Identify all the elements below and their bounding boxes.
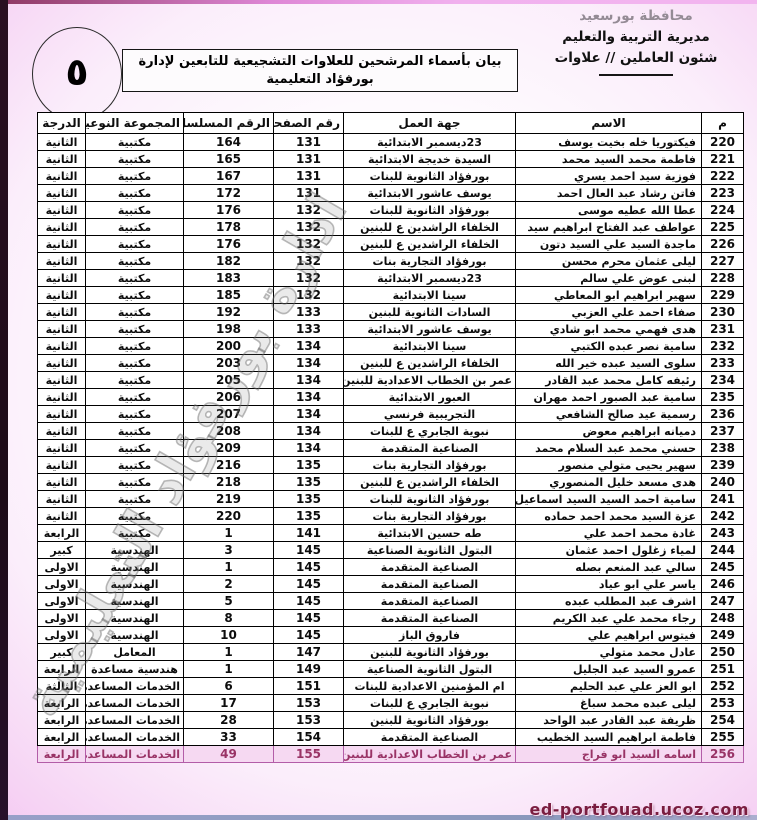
table-row: 244لمياء زغلول احمد عثمانالبتول الثانوية… bbox=[38, 542, 744, 559]
cell-group: مكتبية bbox=[86, 185, 184, 202]
cell-serial-number: 2 bbox=[184, 576, 274, 593]
cell-serial-number: 216 bbox=[184, 457, 274, 474]
cell-serial-number: 218 bbox=[184, 474, 274, 491]
cell-number: 246 bbox=[702, 576, 744, 593]
cell-group: الهندسية bbox=[86, 576, 184, 593]
cell-workplace: السادات الثانوية للبنين bbox=[344, 304, 516, 321]
table-row: 225عواطف عبد الفتاح ابراهيم سيدالخلفاء ا… bbox=[38, 219, 744, 236]
cell-number: 224 bbox=[702, 202, 744, 219]
cell-name: اسامه السيد ابو فراج bbox=[516, 746, 702, 763]
cell-workplace: الصناعية المتقدمة bbox=[344, 559, 516, 576]
cell-workplace: الصناعية المتقدمة bbox=[344, 576, 516, 593]
cell-group: الخدمات المساعدة bbox=[86, 712, 184, 729]
cell-group: الهندسية bbox=[86, 627, 184, 644]
cell-name: لمياء زغلول احمد عثمان bbox=[516, 542, 702, 559]
cell-group: المعامل bbox=[86, 644, 184, 661]
cell-serial-number: 185 bbox=[184, 287, 274, 304]
cell-name: سامية عبد الصبور احمد مهران bbox=[516, 389, 702, 406]
table-row: 236رسمية عيد صالح الشافعيالتجريبية فرنسي… bbox=[38, 406, 744, 423]
letterhead-directorate: مديرية التربية والتعليم bbox=[531, 27, 741, 48]
cell-number: 234 bbox=[702, 372, 744, 389]
cell-serial-number: 165 bbox=[184, 151, 274, 168]
cell-page-number: 145 bbox=[274, 610, 344, 627]
cell-group: مكتبية bbox=[86, 219, 184, 236]
table-row: 256اسامه السيد ابو فراجعمر بن الخطاب الا… bbox=[38, 746, 744, 763]
cell-page-number: 133 bbox=[274, 304, 344, 321]
cell-workplace: يوسف عاشور الابتدائية bbox=[344, 321, 516, 338]
cell-workplace: طه حسين الابتدائية bbox=[344, 525, 516, 542]
cell-name: حسني محمد عبد السلام محمد bbox=[516, 440, 702, 457]
table-row: 231هدى فهمي محمد ابو شادييوسف عاشور الاب… bbox=[38, 321, 744, 338]
cell-page-number: 135 bbox=[274, 457, 344, 474]
cell-workplace: عمر بن الخطاب الاعدادية للبنين bbox=[344, 746, 516, 763]
cell-group: مكتبية bbox=[86, 321, 184, 338]
cell-grade: الثانية bbox=[38, 457, 86, 474]
cell-grade: الثانية bbox=[38, 270, 86, 287]
cell-serial-number: 198 bbox=[184, 321, 274, 338]
cell-number: 252 bbox=[702, 678, 744, 695]
cell-workplace: سينا الابتدائية bbox=[344, 338, 516, 355]
cell-group: الخدمات المساعدة bbox=[86, 678, 184, 695]
cell-group: مكتبية bbox=[86, 287, 184, 304]
cell-workplace: بورفؤاد التجارية بنات bbox=[344, 457, 516, 474]
table-row: 250عادل محمد متوليبورفؤاد الثانوية للبني… bbox=[38, 644, 744, 661]
cell-page-number: 132 bbox=[274, 270, 344, 287]
cell-number: 247 bbox=[702, 593, 744, 610]
table-row: 222فوزية سيد احمد يسريبورفؤاد الثانوية ل… bbox=[38, 168, 744, 185]
cell-workplace: السيدة خديجة الابتدائية bbox=[344, 151, 516, 168]
cell-name: عادل محمد متولي bbox=[516, 644, 702, 661]
table-row: 248رجاء محمد علي عبد الكريمالصناعية المت… bbox=[38, 610, 744, 627]
table-row: 233سلوى السيد عبده خير اللهالخلفاء الراش… bbox=[38, 355, 744, 372]
cell-name: سالي عبد المنعم بصله bbox=[516, 559, 702, 576]
cell-group: الهندسية bbox=[86, 593, 184, 610]
cell-workplace: الخلفاء الراشدين ع للبنين bbox=[344, 355, 516, 372]
table-row: 239سهير يحيى متولي منصوربورفؤاد التجارية… bbox=[38, 457, 744, 474]
scan-edge-top bbox=[8, 0, 757, 4]
cell-number: 251 bbox=[702, 661, 744, 678]
page-number-text: ٥ bbox=[65, 50, 88, 94]
cell-grade: الاولى bbox=[38, 576, 86, 593]
cell-workplace: العبور الابتدائية bbox=[344, 389, 516, 406]
cell-grade: الثانية bbox=[38, 491, 86, 508]
cell-serial-number: 49 bbox=[184, 746, 274, 763]
cell-group: الهندسية bbox=[86, 559, 184, 576]
cell-workplace: الخلفاء الراشدين ع للبنين bbox=[344, 219, 516, 236]
cell-workplace: بورفؤاد الثانوية للبنات bbox=[344, 168, 516, 185]
table-row: 237دميانه ابراهيم معوضنبوية الجابري ع لل… bbox=[38, 423, 744, 440]
cell-group: هندسية مساعدة bbox=[86, 661, 184, 678]
cell-number: 230 bbox=[702, 304, 744, 321]
cell-group: مكتبية bbox=[86, 304, 184, 321]
cell-number: 239 bbox=[702, 457, 744, 474]
cell-name: هدى مسعد خليل المنصوري bbox=[516, 474, 702, 491]
document-title-text: بيان بأسماء المرشحين للعلاوات التشجيعية … bbox=[133, 53, 507, 88]
cell-serial-number: 17 bbox=[184, 695, 274, 712]
cell-workplace: بورفؤاد الثانوية للبنين bbox=[344, 712, 516, 729]
letterhead-governorate: محافظة بورسعيد bbox=[531, 6, 741, 27]
cell-number: 235 bbox=[702, 389, 744, 406]
table-row: 242عزة السيد محمد احمد حمادهبورفؤاد التج… bbox=[38, 508, 744, 525]
cell-workplace: التجريبية فرنسي bbox=[344, 406, 516, 423]
cell-number: 238 bbox=[702, 440, 744, 457]
table-row: 254ظريفة عبد القادر عبد الواحدبورفؤاد ال… bbox=[38, 712, 744, 729]
cell-grade: الثانية bbox=[38, 423, 86, 440]
cell-page-number: 131 bbox=[274, 151, 344, 168]
cell-group: مكتبية bbox=[86, 440, 184, 457]
cell-group: الخدمات المساعدة bbox=[86, 695, 184, 712]
column-header-m: م bbox=[702, 113, 744, 134]
cell-workplace: الخلفاء الراشدين ع للبنين bbox=[344, 474, 516, 491]
cell-grade: الرابعة bbox=[38, 525, 86, 542]
cell-page-number: 134 bbox=[274, 372, 344, 389]
cell-name: سامية نصر عبده الكتبي bbox=[516, 338, 702, 355]
cell-group: مكتبية bbox=[86, 406, 184, 423]
cell-name: سامية احمد السيد السيد اسماعيل bbox=[516, 491, 702, 508]
cell-group: مكتبية bbox=[86, 151, 184, 168]
cell-workplace: البتول الثانوية الصناعية bbox=[344, 542, 516, 559]
scan-edge-left bbox=[0, 0, 8, 820]
cell-grade: الاولى bbox=[38, 559, 86, 576]
cell-grade: الرابعة bbox=[38, 746, 86, 763]
cell-serial-number: 172 bbox=[184, 185, 274, 202]
table-row: 229سهير ابراهيم ابو المعاطيسينا الابتدائ… bbox=[38, 287, 744, 304]
cell-group: مكتبية bbox=[86, 372, 184, 389]
cell-name: فاتن رشاد عبد العال احمد bbox=[516, 185, 702, 202]
cell-group: الهندسية bbox=[86, 542, 184, 559]
cell-page-number: 141 bbox=[274, 525, 344, 542]
cell-serial-number: 209 bbox=[184, 440, 274, 457]
cell-grade: الاولى bbox=[38, 627, 86, 644]
cell-number: 250 bbox=[702, 644, 744, 661]
cell-number: 243 bbox=[702, 525, 744, 542]
cell-grade: الثانية bbox=[38, 440, 86, 457]
cell-page-number: 151 bbox=[274, 678, 344, 695]
cell-page-number: 132 bbox=[274, 236, 344, 253]
table-row: 235سامية عبد الصبور احمد مهرانالعبور الا… bbox=[38, 389, 744, 406]
cell-workplace: بورفؤاد الثانوية للبنين bbox=[344, 644, 516, 661]
cell-number: 223 bbox=[702, 185, 744, 202]
table-row: 227ليلى عثمان محرم محسنبورفؤاد التجارية … bbox=[38, 253, 744, 270]
cell-number: 236 bbox=[702, 406, 744, 423]
cell-page-number: 135 bbox=[274, 508, 344, 525]
table-row: 234رئيفه كامل محمد عبد القادرعمر بن الخط… bbox=[38, 372, 744, 389]
cell-group: مكتبية bbox=[86, 270, 184, 287]
cell-name: دميانه ابراهيم معوض bbox=[516, 423, 702, 440]
cell-group: مكتبية bbox=[86, 168, 184, 185]
page-number-badge: ٥ bbox=[32, 27, 122, 121]
table-row: 241سامية احمد السيد السيد اسماعيلبورفؤاد… bbox=[38, 491, 744, 508]
cell-name: ابو العز علي عبد الحليم bbox=[516, 678, 702, 695]
cell-workplace: نبوية الجابري ع للبنات bbox=[344, 423, 516, 440]
cell-serial-number: 5 bbox=[184, 593, 274, 610]
cell-group: مكتبية bbox=[86, 134, 184, 151]
cell-workplace: عمر بن الخطاب الاعدادية للبنين bbox=[344, 372, 516, 389]
cell-grade: الثانية bbox=[38, 134, 86, 151]
table-row: 238حسني محمد عبد السلام محمدالصناعية الم… bbox=[38, 440, 744, 457]
cell-group: مكتبية bbox=[86, 338, 184, 355]
cell-workplace: الخلفاء الراشدين ع للبنين bbox=[344, 236, 516, 253]
column-header-name: الاسم bbox=[516, 113, 702, 134]
column-header-page: رقم الصفحة bbox=[274, 113, 344, 134]
cell-workplace: يوسف عاشور الابتدائية bbox=[344, 185, 516, 202]
cell-group: مكتبية bbox=[86, 508, 184, 525]
cell-group: مكتبية bbox=[86, 202, 184, 219]
cell-grade: الثانية bbox=[38, 253, 86, 270]
cell-number: 232 bbox=[702, 338, 744, 355]
cell-name: رئيفه كامل محمد عبد القادر bbox=[516, 372, 702, 389]
cell-serial-number: 205 bbox=[184, 372, 274, 389]
cell-number: 220 bbox=[702, 134, 744, 151]
cell-page-number: 145 bbox=[274, 576, 344, 593]
cell-number: 227 bbox=[702, 253, 744, 270]
table-row: 247اشرف عبد المطلب عبدهالصناعية المتقدمة… bbox=[38, 593, 744, 610]
cell-grade: الثانية bbox=[38, 338, 86, 355]
table-row: 228لبنى عوض علي سالم23ديسمبر الابتدائية1… bbox=[38, 270, 744, 287]
cell-page-number: 131 bbox=[274, 185, 344, 202]
cell-page-number: 153 bbox=[274, 712, 344, 729]
cell-page-number: 145 bbox=[274, 593, 344, 610]
cell-serial-number: 6 bbox=[184, 678, 274, 695]
cell-serial-number: 206 bbox=[184, 389, 274, 406]
cell-group: مكتبية bbox=[86, 474, 184, 491]
site-watermark: ed-portfouad.ucoz.com bbox=[529, 800, 749, 819]
cell-serial-number: 207 bbox=[184, 406, 274, 423]
cell-group: مكتبية bbox=[86, 389, 184, 406]
cell-page-number: 154 bbox=[274, 729, 344, 746]
table-row: 232سامية نصر عبده الكتبيسينا الابتدائية1… bbox=[38, 338, 744, 355]
table-row: 240هدى مسعد خليل المنصوريالخلفاء الراشدي… bbox=[38, 474, 744, 491]
cell-group: الخدمات المساعدة bbox=[86, 746, 184, 763]
table-row: 252ابو العز علي عبد الحليمام المؤمنين ال… bbox=[38, 678, 744, 695]
cell-grade: الثانية bbox=[38, 474, 86, 491]
cell-name: عواطف عبد الفتاح ابراهيم سيد bbox=[516, 219, 702, 236]
cell-serial-number: 182 bbox=[184, 253, 274, 270]
table-row: 220فيكتوريا خله بخيت يوسف23ديسمبر الابتد… bbox=[38, 134, 744, 151]
cell-grade: الثانية bbox=[38, 406, 86, 423]
cell-name: فوزية سيد احمد يسري bbox=[516, 168, 702, 185]
cell-page-number: 155 bbox=[274, 746, 344, 763]
letterhead: محافظة بورسعيد مديرية التربية والتعليم ش… bbox=[531, 6, 741, 76]
table-row: 226ماجدة السيد علي السيد دتونالخلفاء الر… bbox=[38, 236, 744, 253]
cell-workplace: الصناعية المتقدمة bbox=[344, 610, 516, 627]
cell-page-number: 135 bbox=[274, 474, 344, 491]
cell-name: سلوى السيد عبده خير الله bbox=[516, 355, 702, 372]
cell-page-number: 132 bbox=[274, 287, 344, 304]
cell-number: 237 bbox=[702, 423, 744, 440]
column-header-work: جهة العمل bbox=[344, 113, 516, 134]
cell-workplace: سينا الابتدائية bbox=[344, 287, 516, 304]
letterhead-underline bbox=[599, 74, 673, 76]
cell-serial-number: 167 bbox=[184, 168, 274, 185]
cell-grade: الرابعة bbox=[38, 712, 86, 729]
cell-name: فيتوس ابراهيم علي bbox=[516, 627, 702, 644]
letterhead-department: شئون العاملين // علاوات bbox=[531, 48, 741, 69]
cell-grade: الثالثة bbox=[38, 678, 86, 695]
cell-number: 229 bbox=[702, 287, 744, 304]
cell-grade: كبير bbox=[38, 542, 86, 559]
cell-number: 256 bbox=[702, 746, 744, 763]
cell-serial-number: 176 bbox=[184, 236, 274, 253]
cell-serial-number: 208 bbox=[184, 423, 274, 440]
cell-number: 221 bbox=[702, 151, 744, 168]
cell-serial-number: 219 bbox=[184, 491, 274, 508]
table-row: 223فاتن رشاد عبد العال احمديوسف عاشور ال… bbox=[38, 185, 744, 202]
cell-grade: الثانية bbox=[38, 151, 86, 168]
cell-grade: الثانية bbox=[38, 236, 86, 253]
cell-grade: الثانية bbox=[38, 202, 86, 219]
cell-serial-number: 3 bbox=[184, 542, 274, 559]
cell-workplace: الصناعية المتقدمة bbox=[344, 729, 516, 746]
cell-grade: الرابعة bbox=[38, 695, 86, 712]
table-row: 245سالي عبد المنعم بصلهالصناعية المتقدمة… bbox=[38, 559, 744, 576]
table-row: 243غادة محمد احمد عليطه حسين الابتدائية1… bbox=[38, 525, 744, 542]
cell-name: ليلى عثمان محرم محسن bbox=[516, 253, 702, 270]
candidates-table: مالاسمجهة العملرقم الصفحةالرقم المسلسلال… bbox=[37, 112, 744, 763]
cell-grade: الثانية bbox=[38, 287, 86, 304]
cell-page-number: 145 bbox=[274, 542, 344, 559]
cell-number: 242 bbox=[702, 508, 744, 525]
cell-name: رجاء محمد علي عبد الكريم bbox=[516, 610, 702, 627]
cell-grade: الثانية bbox=[38, 389, 86, 406]
cell-name: سهير يحيى متولي منصور bbox=[516, 457, 702, 474]
cell-page-number: 134 bbox=[274, 423, 344, 440]
cell-serial-number: 8 bbox=[184, 610, 274, 627]
cell-workplace: 23ديسمبر الابتدائية bbox=[344, 270, 516, 287]
cell-serial-number: 1 bbox=[184, 644, 274, 661]
cell-number: 228 bbox=[702, 270, 744, 287]
cell-workplace: بورفؤاد التجارية بنات bbox=[344, 253, 516, 270]
cell-page-number: 134 bbox=[274, 389, 344, 406]
cell-serial-number: 33 bbox=[184, 729, 274, 746]
cell-name: فاطمة محمد السيد محمد bbox=[516, 151, 702, 168]
cell-grade: الثانية bbox=[38, 304, 86, 321]
cell-number: 248 bbox=[702, 610, 744, 627]
cell-group: مكتبية bbox=[86, 525, 184, 542]
cell-name: رسمية عيد صالح الشافعي bbox=[516, 406, 702, 423]
cell-name: صفاء احمد علي العزبي bbox=[516, 304, 702, 321]
cell-page-number: 134 bbox=[274, 355, 344, 372]
cell-name: ماجدة السيد علي السيد دتون bbox=[516, 236, 702, 253]
cell-page-number: 145 bbox=[274, 627, 344, 644]
cell-number: 245 bbox=[702, 559, 744, 576]
cell-name: اشرف عبد المطلب عبده bbox=[516, 593, 702, 610]
cell-page-number: 131 bbox=[274, 168, 344, 185]
cell-page-number: 135 bbox=[274, 491, 344, 508]
cell-workplace: فاروق الباز bbox=[344, 627, 516, 644]
cell-serial-number: 200 bbox=[184, 338, 274, 355]
cell-workplace: بورفؤاد الثانوية للبنات bbox=[344, 491, 516, 508]
cell-number: 222 bbox=[702, 168, 744, 185]
table-row: 230صفاء احمد علي العزبيالسادات الثانوية … bbox=[38, 304, 744, 321]
cell-grade: الرابعة bbox=[38, 729, 86, 746]
cell-name: غادة محمد احمد علي bbox=[516, 525, 702, 542]
cell-number: 240 bbox=[702, 474, 744, 491]
table-row: 255فاطمة ابراهيم السيد الخطيبالصناعية ال… bbox=[38, 729, 744, 746]
cell-group: الخدمات المساعدة bbox=[86, 729, 184, 746]
cell-name: ليلى عبده محمد سباغ bbox=[516, 695, 702, 712]
cell-group: مكتبية bbox=[86, 355, 184, 372]
cell-page-number: 134 bbox=[274, 406, 344, 423]
cell-grade: الاولى bbox=[38, 593, 86, 610]
table-row: 249فيتوس ابراهيم عليفاروق الباز14510الهن… bbox=[38, 627, 744, 644]
document-title-box: بيان بأسماء المرشحين للعلاوات التشجيعية … bbox=[122, 49, 518, 92]
cell-page-number: 131 bbox=[274, 134, 344, 151]
cell-name: سهير ابراهيم ابو المعاطي bbox=[516, 287, 702, 304]
cell-grade: الثانية bbox=[38, 219, 86, 236]
cell-grade: كبير bbox=[38, 644, 86, 661]
cell-name: فاطمة ابراهيم السيد الخطيب bbox=[516, 729, 702, 746]
cell-serial-number: 176 bbox=[184, 202, 274, 219]
cell-grade: الرابعة bbox=[38, 661, 86, 678]
column-header-serial: الرقم المسلسل bbox=[184, 113, 274, 134]
cell-number: 226 bbox=[702, 236, 744, 253]
table-row: 224عطا الله عطيه موسىبورفؤاد الثانوية لل… bbox=[38, 202, 744, 219]
cell-group: الهندسية bbox=[86, 610, 184, 627]
cell-group: مكتبية bbox=[86, 491, 184, 508]
cell-number: 253 bbox=[702, 695, 744, 712]
cell-page-number: 145 bbox=[274, 559, 344, 576]
cell-name: عطا الله عطيه موسى bbox=[516, 202, 702, 219]
cell-serial-number: 183 bbox=[184, 270, 274, 287]
cell-serial-number: 220 bbox=[184, 508, 274, 525]
cell-workplace: 23ديسمبر الابتدائية bbox=[344, 134, 516, 151]
cell-serial-number: 1 bbox=[184, 525, 274, 542]
cell-page-number: 132 bbox=[274, 219, 344, 236]
cell-group: مكتبية bbox=[86, 236, 184, 253]
cell-group: مكتبية bbox=[86, 253, 184, 270]
cell-group: مكتبية bbox=[86, 423, 184, 440]
cell-page-number: 132 bbox=[274, 253, 344, 270]
cell-grade: الثانية bbox=[38, 168, 86, 185]
table-header-row: مالاسمجهة العملرقم الصفحةالرقم المسلسلال… bbox=[38, 113, 744, 134]
cell-number: 244 bbox=[702, 542, 744, 559]
cell-page-number: 147 bbox=[274, 644, 344, 661]
cell-grade: الاولى bbox=[38, 610, 86, 627]
cell-grade: الثانية bbox=[38, 321, 86, 338]
cell-page-number: 133 bbox=[274, 321, 344, 338]
cell-name: هدى فهمي محمد ابو شادي bbox=[516, 321, 702, 338]
cell-name: عزة السيد محمد احمد حماده bbox=[516, 508, 702, 525]
cell-name: لبنى عوض علي سالم bbox=[516, 270, 702, 287]
cell-number: 225 bbox=[702, 219, 744, 236]
cell-number: 231 bbox=[702, 321, 744, 338]
table-row: 253ليلى عبده محمد سباغنبوية الجابري ع لل… bbox=[38, 695, 744, 712]
cell-number: 249 bbox=[702, 627, 744, 644]
table-row: 246ياسر علي ابو عيادالصناعية المتقدمة145… bbox=[38, 576, 744, 593]
cell-page-number: 134 bbox=[274, 440, 344, 457]
cell-number: 233 bbox=[702, 355, 744, 372]
table-row: 221فاطمة محمد السيد محمدالسيدة خديجة الا… bbox=[38, 151, 744, 168]
column-header-grade: الدرجة bbox=[38, 113, 86, 134]
cell-workplace: الصناعية المتقدمة bbox=[344, 593, 516, 610]
cell-grade: الثانية bbox=[38, 185, 86, 202]
cell-grade: الثانية bbox=[38, 508, 86, 525]
document-page: محافظة بورسعيد مديرية التربية والتعليم ش… bbox=[0, 0, 757, 820]
cell-serial-number: 203 bbox=[184, 355, 274, 372]
cell-serial-number: 192 bbox=[184, 304, 274, 321]
cell-workplace: البتول الثانوية الصناعية bbox=[344, 661, 516, 678]
cell-number: 241 bbox=[702, 491, 744, 508]
cell-group: مكتبية bbox=[86, 457, 184, 474]
cell-grade: الثانية bbox=[38, 355, 86, 372]
cell-page-number: 149 bbox=[274, 661, 344, 678]
cell-page-number: 153 bbox=[274, 695, 344, 712]
cell-serial-number: 10 bbox=[184, 627, 274, 644]
table-row: 251عمرو السيد عبد الجليلالبتول الثانوية … bbox=[38, 661, 744, 678]
cell-page-number: 134 bbox=[274, 338, 344, 355]
cell-workplace: الصناعية المتقدمة bbox=[344, 440, 516, 457]
